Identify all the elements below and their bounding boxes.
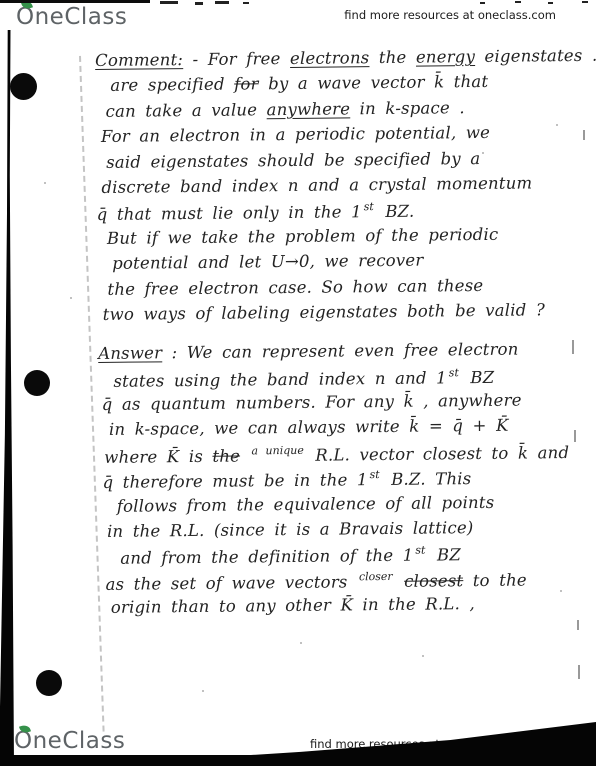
- scan-tick: [515, 1, 521, 3]
- scan-dash: [578, 665, 580, 679]
- scan-speck: [300, 642, 302, 644]
- scan-tick: [195, 2, 203, 5]
- header-band: OneClass find more resources at oneclass…: [0, 0, 596, 30]
- scan-top-edge: [0, 0, 150, 3]
- scan-speck: [422, 655, 424, 657]
- hole-punch: [10, 73, 37, 100]
- scan-tick: [480, 2, 485, 4]
- note-line: origin than to any other K̄ in the R.L. …: [6, 593, 596, 625]
- note-line: two ways of labeling eigenstates both be…: [3, 300, 596, 332]
- hole-punch: [36, 670, 62, 696]
- scan-tick: [243, 2, 249, 4]
- oneclass-logo-text: OneClass: [16, 4, 127, 30]
- hole-punch: [24, 370, 50, 396]
- scan-tick: [160, 1, 178, 4]
- handwritten-notes: Comment: - For free electrons the energy…: [0, 46, 596, 625]
- footer-oneclass-logo-text: OneClass: [14, 728, 125, 754]
- scan-bottom-bar: [0, 755, 596, 766]
- header-tagline: find more resources at oneclass.com: [344, 8, 556, 22]
- footer-oneclass-logo: OneClass: [14, 728, 125, 754]
- scan-dash: [577, 620, 579, 630]
- scan-tick: [548, 2, 553, 4]
- scan-tick: [215, 1, 229, 4]
- scan-speck: [202, 690, 204, 692]
- scan-tick: [582, 1, 588, 3]
- scanned-note-page: OneClass find more resources at oneclass…: [0, 0, 596, 766]
- oneclass-logo: OneClass: [16, 4, 127, 30]
